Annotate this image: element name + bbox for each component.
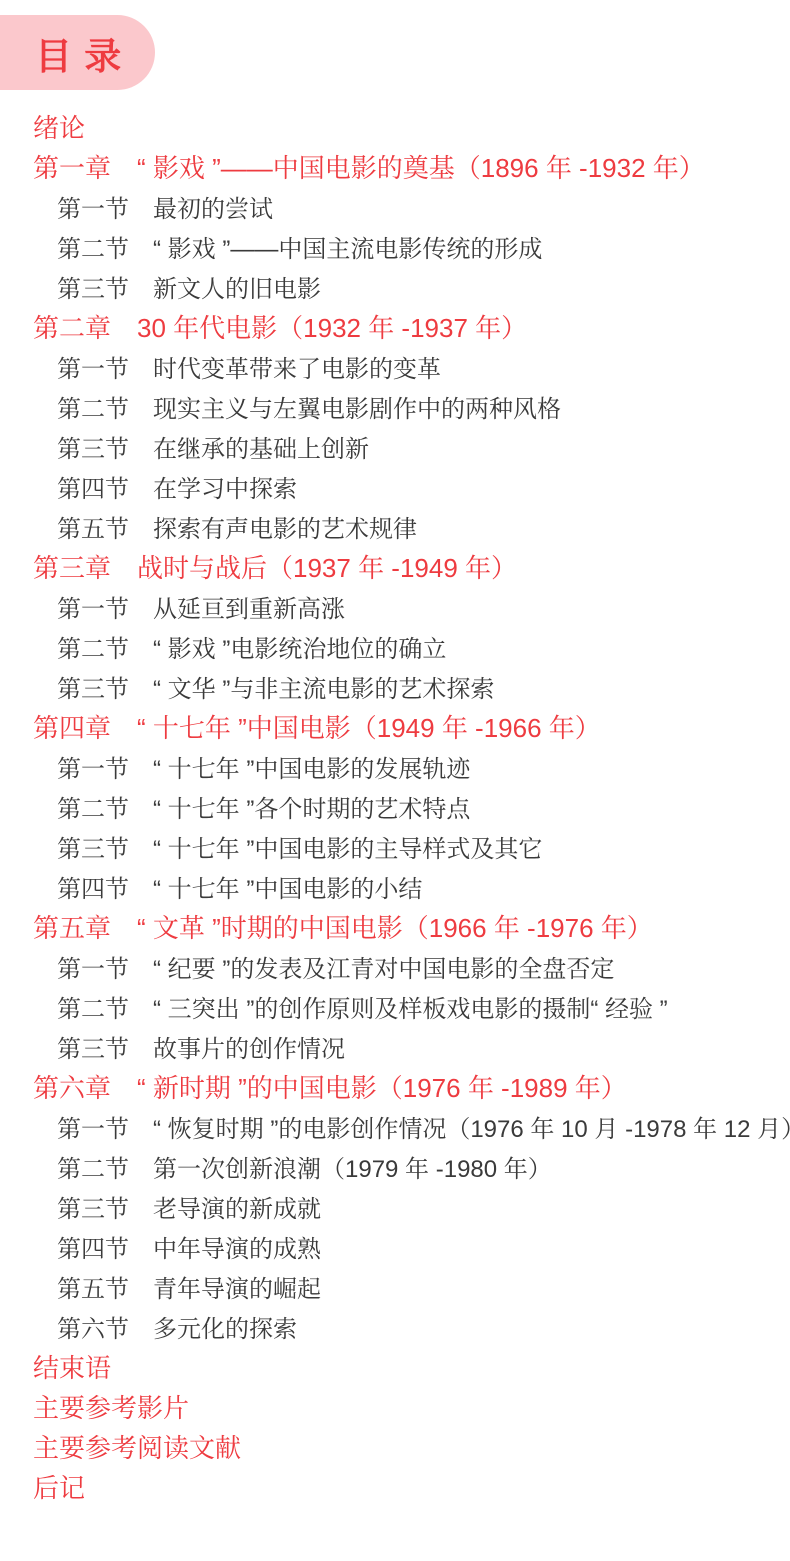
toc-chapter-entry: 第六章 “ 新时期 ”的中国电影（1976 年 -1989 年） bbox=[0, 1066, 790, 1106]
toc-section-entry: 第三节 故事片的创作情况 bbox=[0, 1026, 790, 1066]
toc-section-entry: 第三节 新文人的旧电影 bbox=[0, 266, 790, 306]
toc-section-entry: 第四节 中年导演的成熟 bbox=[0, 1226, 790, 1266]
toc-section-entry: 第二节 “ 三突出 ”的创作原则及样板戏电影的摄制“ 经验 ” bbox=[0, 986, 790, 1026]
toc-chapter-entry: 后记 bbox=[0, 1466, 790, 1506]
toc-chapter-entry: 第五章 “ 文革 ”时期的中国电影（1966 年 -1976 年） bbox=[0, 906, 790, 946]
toc-section-entry: 第三节 老导演的新成就 bbox=[0, 1186, 790, 1226]
toc-list: 绪论第一章 “ 影戏 ”——中国电影的奠基（1896 年 -1932 年）第一节… bbox=[0, 106, 790, 1506]
toc-section-entry: 第一节 “ 恢复时期 ”的电影创作情况（1976 年 10 月 -1978 年 … bbox=[0, 1106, 790, 1146]
toc-section-entry: 第五节 青年导演的崛起 bbox=[0, 1266, 790, 1306]
toc-section-entry: 第二节 “ 十七年 ”各个时期的艺术特点 bbox=[0, 786, 790, 826]
toc-section-entry: 第一节 “ 十七年 ”中国电影的发展轨迹 bbox=[0, 746, 790, 786]
toc-section-entry: 第二节 “ 影戏 ”——中国主流电影传统的形成 bbox=[0, 226, 790, 266]
toc-section-entry: 第一节 时代变革带来了电影的变革 bbox=[0, 346, 790, 386]
toc-page: { "page": { "background": "#ffffff" }, "… bbox=[0, 0, 790, 1561]
toc-chapter-entry: 第二章 30 年代电影（1932 年 -1937 年） bbox=[0, 306, 790, 346]
toc-section-entry: 第一节 最初的尝试 bbox=[0, 186, 790, 226]
toc-section-entry: 第一节 从延亘到重新高涨 bbox=[0, 586, 790, 626]
toc-section-entry: 第三节 在继承的基础上创新 bbox=[0, 426, 790, 466]
toc-header-badge: 目 录 bbox=[0, 15, 155, 90]
toc-section-entry: 第四节 “ 十七年 ”中国电影的小结 bbox=[0, 866, 790, 906]
toc-chapter-entry: 主要参考阅读文献 bbox=[0, 1426, 790, 1466]
toc-chapter-entry: 第一章 “ 影戏 ”——中国电影的奠基（1896 年 -1932 年） bbox=[0, 146, 790, 186]
toc-section-entry: 第六节 多元化的探索 bbox=[0, 1306, 790, 1346]
toc-section-entry: 第二节 第一次创新浪潮（1979 年 -1980 年） bbox=[0, 1146, 790, 1186]
toc-chapter-entry: 第四章 “ 十七年 ”中国电影（1949 年 -1966 年） bbox=[0, 706, 790, 746]
toc-section-entry: 第二节 现实主义与左翼电影剧作中的两种风格 bbox=[0, 386, 790, 426]
toc-section-entry: 第二节 “ 影戏 ”电影统治地位的确立 bbox=[0, 626, 790, 666]
toc-section-entry: 第三节 “ 十七年 ”中国电影的主导样式及其它 bbox=[0, 826, 790, 866]
toc-chapter-entry: 第三章 战时与战后（1937 年 -1949 年） bbox=[0, 546, 790, 586]
toc-section-entry: 第五节 探索有声电影的艺术规律 bbox=[0, 506, 790, 546]
toc-chapter-entry: 绪论 bbox=[0, 106, 790, 146]
toc-section-entry: 第三节 “ 文华 ”与非主流电影的艺术探索 bbox=[0, 666, 790, 706]
toc-chapter-entry: 主要参考影片 bbox=[0, 1386, 790, 1426]
page-title: 目 录 bbox=[35, 26, 122, 80]
toc-section-entry: 第一节 “ 纪要 ”的发表及江青对中国电影的全盘否定 bbox=[0, 946, 790, 986]
toc-chapter-entry: 结束语 bbox=[0, 1346, 790, 1386]
toc-section-entry: 第四节 在学习中探索 bbox=[0, 466, 790, 506]
